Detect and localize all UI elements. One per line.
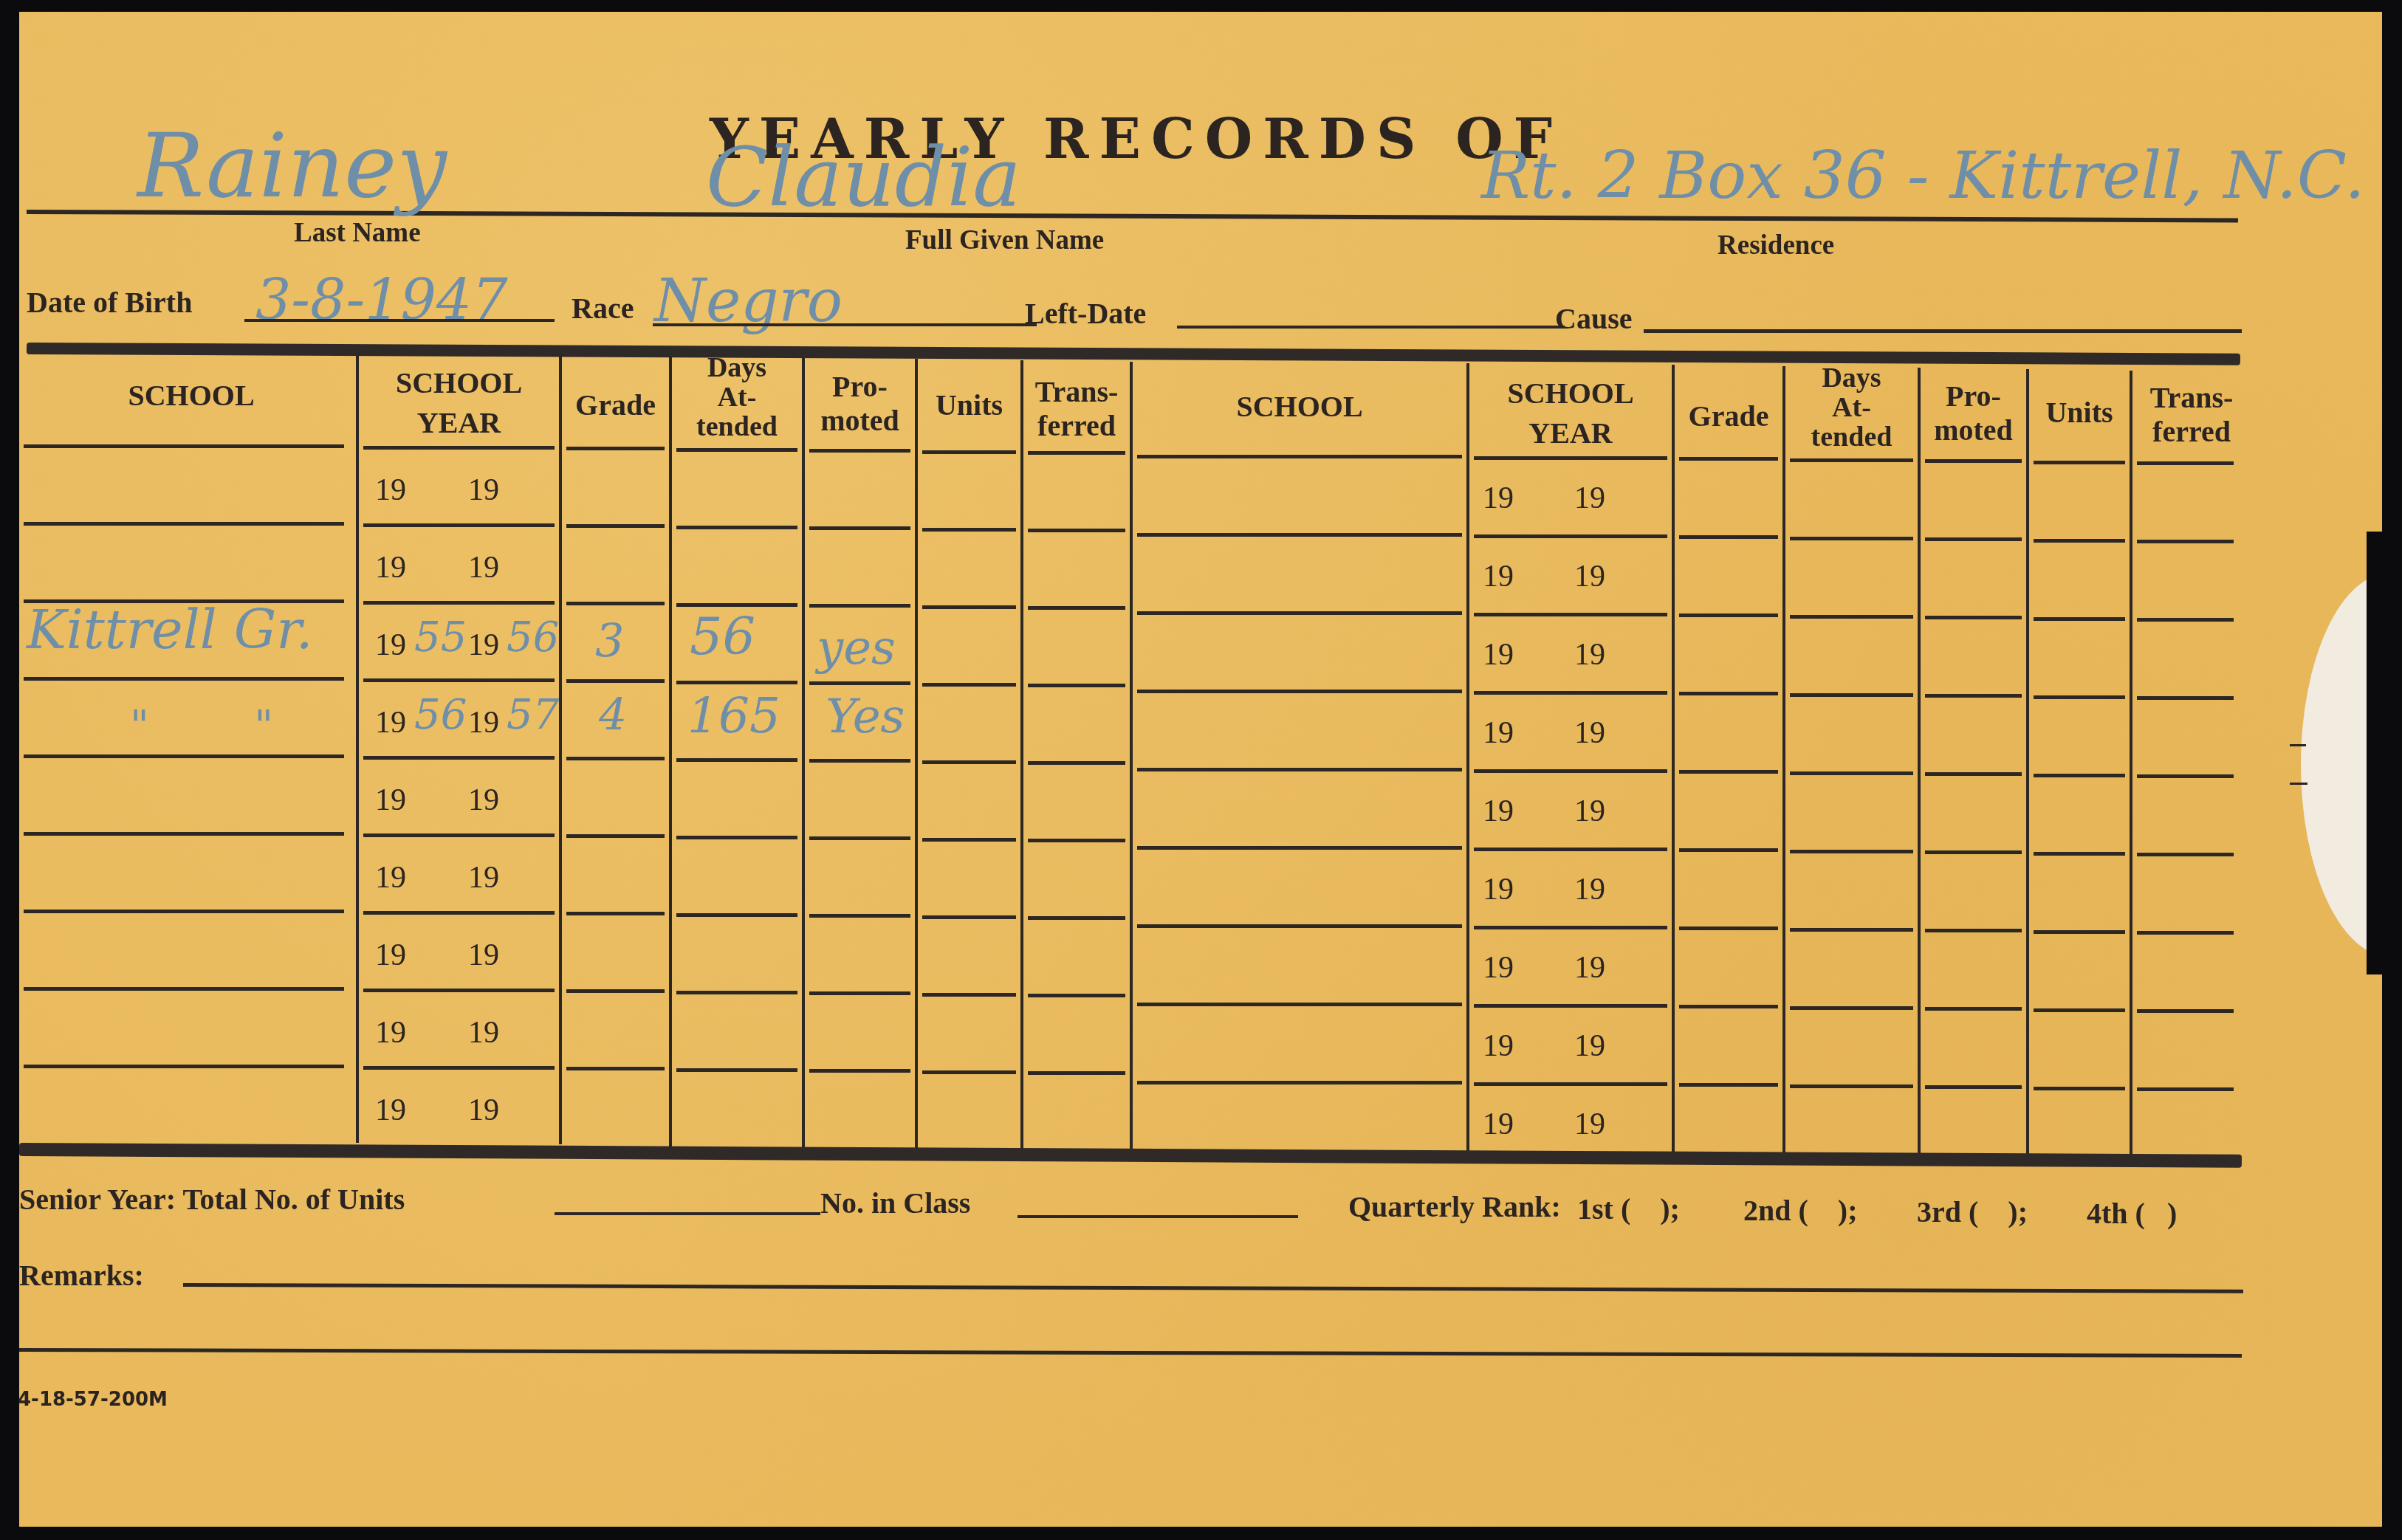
year-start-prefix: 19 [1483,794,1514,829]
year-start-prefix: 19 [1483,950,1514,986]
row-rule [566,602,665,605]
race-label: Race [572,291,634,326]
year-end-prefix: 19 [1574,715,1605,751]
row-rule [1679,613,1778,617]
row-rule [676,836,797,839]
row-rule [922,683,1016,687]
header-days-line1: Days [672,353,802,382]
row-rule [2034,774,2125,777]
row-rule [1790,458,1913,462]
row-rule [2137,696,2234,700]
row-rule [1137,690,1462,693]
row-rule [1790,928,1913,932]
row4-promoted[interactable]: Yes [826,690,905,744]
row-rule [676,913,797,917]
row-rule [809,914,910,918]
row-rule [676,1068,797,1072]
row-rule [676,991,797,994]
header-school-year-right: SCHOOL YEAR [1469,363,1672,450]
header-days-line3: tended [1785,422,1918,452]
row-rule [1474,769,1667,773]
senior-units-line[interactable] [555,1212,820,1215]
row-rule [1679,535,1778,539]
row-rule [809,1069,910,1073]
year-start-prefix: 19 [375,860,406,896]
row4-school-ditto[interactable]: " " [130,702,273,750]
row-rule [24,832,344,836]
given-name-value[interactable]: Claudia [706,130,1021,224]
header-school-year: SCHOOL YEAR [359,353,559,440]
row-rule [1474,534,1667,538]
row-rule [363,1066,555,1070]
year-start-prefix: 19 [1483,481,1514,516]
row-rule [566,1067,665,1070]
header-days-line3: tended [672,412,802,441]
row-rule [363,833,555,837]
row-rule [2034,852,2125,856]
header-promoted-line1: Pro- [1921,379,2026,413]
year-end-prefix: 19 [468,860,499,896]
row-rule [1474,456,1667,460]
rank-2nd[interactable]: 2nd ( ); [1743,1193,1857,1228]
year-start-prefix: 19 [375,472,406,508]
no-in-class-line[interactable] [1018,1215,1298,1218]
year-end-prefix: 19 [1574,1107,1605,1142]
col-divider [559,354,562,1144]
row4-grade[interactable]: 4 [599,690,627,741]
header-days-attended: Days At- tended [672,353,802,441]
row-rule [1474,613,1667,616]
row-rule [566,447,665,450]
header-transferred-line2: ferred [1023,409,1130,443]
row-rule [1137,1003,1462,1006]
row4-year-end[interactable]: 57 [507,691,559,739]
row-rule [676,448,797,452]
rank-1st[interactable]: 1st ( ); [1577,1192,1680,1226]
row-rule [363,989,555,992]
year-end-prefix: 19 [468,783,499,818]
year-end-prefix: 19 [1574,950,1605,986]
row-rule [922,1070,1016,1074]
row-rule [1925,929,2022,932]
col-divider [669,356,672,1147]
header-units: Units [918,388,1020,422]
row-rule [363,911,555,915]
year-start-prefix: 19 [1483,559,1514,594]
row-rule [24,754,344,758]
header-units-right: Units [2029,396,2130,430]
row-rule [1137,533,1462,537]
row-rule [24,677,344,681]
row-rule [1137,924,1462,928]
row-rule [809,681,910,685]
row3-grade[interactable]: 3 [595,613,624,667]
row-rule [2034,461,2125,464]
remarks-line-2[interactable] [19,1348,2242,1358]
row-rule [566,679,665,683]
year-start-prefix: 19 [375,550,406,585]
header-promoted: Pro- moted [805,370,915,438]
row-rule [2137,618,2234,622]
row-rule [2137,461,2234,465]
row-rule [922,993,1016,997]
year-start-prefix: 19 [1483,872,1514,907]
col-divider [1672,365,1675,1159]
given-name-label: Full Given Name [905,224,1104,256]
header-school-year-line1: SCHOOL [1469,377,1672,410]
year-start-prefix: 19 [375,783,406,818]
row-rule [1925,1007,2022,1011]
year-start-prefix: 19 [375,628,406,663]
row-rule [24,987,344,991]
row-rule [1679,770,1778,774]
row-rule [24,444,344,448]
row-rule [809,836,910,840]
row-rule [1028,451,1125,455]
row-rule [566,757,665,760]
race-line [653,323,1037,326]
row-rule [24,910,344,913]
row-rule [1474,848,1667,851]
row4-days[interactable]: 165 [687,687,780,744]
row-rule [1028,684,1125,687]
row-rule [566,989,665,993]
row-rule [1925,694,2022,698]
row-rule [1679,1005,1778,1008]
header-school-right: SCHOOL [1133,377,1466,436]
row-rule [922,838,1016,842]
notch-tick [2290,744,2306,746]
year-end-prefix: 19 [1574,794,1605,829]
row-rule [2137,774,2234,778]
row-rule [1474,1004,1667,1008]
header-school-year-line2: YEAR [1469,416,1672,450]
cause-line [1644,329,2242,333]
year-end-prefix: 19 [1574,637,1605,673]
header-transferred-line2: ferred [2132,415,2251,449]
row-rule [1925,616,2022,619]
row-rule [809,526,910,530]
header-school: SCHOOL [27,366,356,425]
row-rule [363,756,555,760]
col-divider [1020,360,1023,1152]
row-rule [2137,853,2234,856]
row-rule [809,604,910,608]
row-rule [1137,455,1462,458]
row-rule [1790,537,1913,540]
dob-label: Date of Birth [27,285,192,320]
header-grade: Grade [562,388,669,422]
remarks-line-1[interactable] [183,1283,2243,1293]
rank-3rd[interactable]: 3rd ( ); [1917,1194,2028,1229]
row-rule [1790,1084,1913,1088]
row-rule [2034,930,2125,934]
col-divider [915,359,918,1150]
year-end-prefix: 19 [468,705,499,740]
row-rule [676,758,797,762]
year-end-prefix: 19 [1574,872,1605,907]
background-edge [2367,532,2402,974]
year-start-prefix: 19 [375,1093,406,1128]
col-divider [2130,371,2132,1165]
row-rule [1790,693,1913,697]
row-rule [2137,1087,2234,1091]
row-rule [922,450,1016,454]
header-transferred-line1: Trans- [2132,381,2251,415]
row-rule [2034,695,2125,699]
row-rule [1790,771,1913,775]
form-code: 4-18-57-200M [18,1389,168,1411]
row-rule [24,522,344,526]
row-rule [1474,926,1667,929]
left-date-line [1177,326,1565,329]
row3-year-start[interactable]: 55 [414,613,467,661]
notch-tick [2290,783,2307,785]
row-rule [1790,1006,1913,1010]
last-name-value[interactable]: Rainey [137,115,447,218]
row-rule [1679,1083,1778,1087]
row-rule [1679,848,1778,852]
row-rule [363,523,555,527]
row-rule [363,601,555,605]
dob-value[interactable]: 3-8-1947 [255,267,507,332]
year-end-prefix: 19 [468,550,499,585]
year-end-prefix: 19 [1574,1028,1605,1064]
header-transferred-right: Trans- ferred [2132,381,2251,449]
quarterly-rank-label: Quarterly Rank: [1348,1189,1561,1224]
remarks-label: Remarks: [19,1258,144,1293]
row-rule [809,759,910,763]
col-divider [356,353,359,1143]
row-rule [1679,457,1778,461]
header-transferred-line1: Trans- [1023,375,1130,409]
row-rule [1028,761,1125,765]
row-rule [363,446,555,450]
header-promoted-line1: Pro- [805,370,915,404]
row-rule [2034,1008,2125,1012]
row-rule [1790,615,1913,619]
row-rule [1925,537,2022,541]
residence-value[interactable]: Rt. 2 Box 36 - Kittrell, N.C. [1481,137,2365,213]
row-rule [676,681,797,684]
year-start-prefix: 19 [1483,637,1514,673]
row-rule [1925,459,2022,463]
row3-promoted[interactable]: yes [817,621,896,676]
col-divider [1466,363,1469,1156]
row-rule [1925,1085,2022,1089]
header-transferred: Trans- ferred [1023,375,1130,443]
header-days-line2: At- [1785,393,1918,422]
rank-4th[interactable]: 4th ( ) [2087,1196,2177,1231]
col-divider [2026,369,2029,1163]
row-rule [922,915,1016,919]
left-date-label: Left-Date [1025,296,1146,331]
year-end-prefix: 19 [468,938,499,973]
year-start-prefix: 19 [375,705,406,740]
row-rule [1679,927,1778,930]
row-rule [1028,1071,1125,1075]
year-end-prefix: 19 [468,1015,499,1051]
row-rule [566,524,665,528]
row-rule [2034,1087,2125,1090]
year-end-prefix: 19 [1574,559,1605,594]
row-rule [1137,1081,1462,1084]
row-rule [2137,540,2234,543]
col-divider [1918,368,1921,1162]
row-rule [676,603,797,607]
row-rule [2137,1009,2234,1013]
dob-line [244,319,555,322]
row-rule [24,599,344,603]
record-card: YEARLY RECORDS OF Rainey Claudia Rt. 2 B… [19,12,2382,1527]
row-rule [1679,692,1778,695]
row-rule [676,526,797,529]
row-rule [1137,846,1462,850]
row-rule [922,760,1016,764]
year-end-prefix: 19 [468,628,499,663]
row3-year-end[interactable]: 56 [507,613,559,661]
header-grade-right: Grade [1675,399,1782,433]
row-rule [1925,850,2022,854]
residence-label: Residence [1718,230,1834,261]
row4-year-start[interactable]: 56 [414,691,467,739]
header-promoted-line2: moted [1921,413,2026,447]
year-end-prefix: 19 [468,1093,499,1128]
row-rule [1028,529,1125,532]
col-divider [1130,362,1133,1153]
row-rule [922,605,1016,609]
row-rule [809,991,910,995]
col-divider [802,357,805,1149]
row-rule [809,449,910,453]
header-school-year-line2: YEAR [359,406,559,440]
year-start-prefix: 19 [375,1015,406,1051]
row-rule [1028,916,1125,920]
year-end-prefix: 19 [468,472,499,508]
cause-label: Cause [1555,301,1632,336]
row-rule [1137,768,1462,771]
header-days-line1: Days [1785,363,1918,393]
row-rule [1028,994,1125,997]
year-start-prefix: 19 [1483,1028,1514,1064]
header-promoted-right: Pro- moted [1921,379,2026,447]
header-days-line2: At- [672,382,802,412]
no-in-class-label: No. in Class [820,1186,970,1220]
row-rule [1137,611,1462,615]
header-days-attended-right: Days At- tended [1785,363,1918,452]
row-rule [1028,606,1125,610]
header-promoted-line2: moted [805,404,915,438]
row-rule [1790,850,1913,853]
row3-days[interactable]: 56 [690,606,755,667]
row-rule [1474,1082,1667,1086]
row-rule [1925,772,2022,776]
year-start-prefix: 19 [1483,1107,1514,1142]
year-end-prefix: 19 [1574,481,1605,516]
row-rule [2137,931,2234,935]
header-school-year-line1: SCHOOL [359,366,559,400]
senior-year-label: Senior Year: Total No. of Units [19,1182,405,1217]
year-start-prefix: 19 [375,938,406,973]
row-rule [566,834,665,838]
col-divider [1782,366,1785,1161]
row-rule [2034,617,2125,621]
last-name-label: Last Name [294,217,421,249]
row-rule [1028,839,1125,842]
row-rule [2034,539,2125,543]
year-start-prefix: 19 [1483,715,1514,751]
row-rule [566,912,665,915]
row-rule [363,678,555,682]
row-rule [24,1065,344,1068]
row3-school[interactable]: Kittrell Gr. [27,599,313,661]
row-rule [1474,691,1667,695]
row-rule [922,528,1016,532]
